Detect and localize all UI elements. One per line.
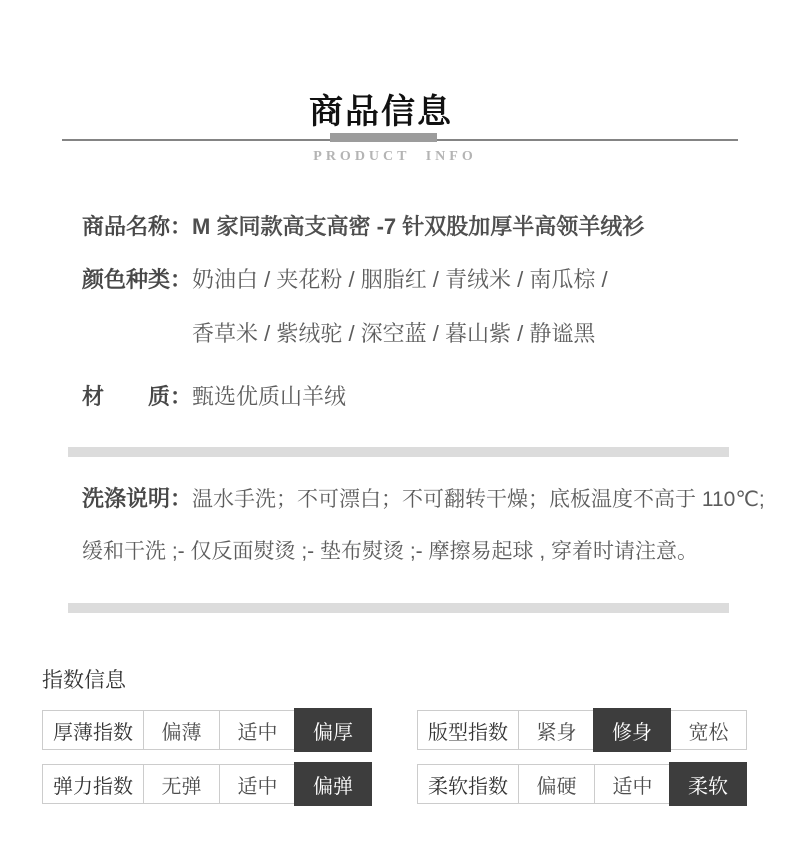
- index-option: 适中: [594, 765, 670, 803]
- page-title: 商品信息: [0, 84, 776, 133]
- index-option-active: 柔软: [669, 762, 747, 806]
- product-info-page: 商品信息 PRODUCT INFO 商品名称：M 家同款高支高密 -7 针双股加…: [0, 0, 790, 859]
- index-option: 适中: [219, 765, 295, 803]
- spec-row-washing: 洗涤说明：温水手洗；不可漂白；不可翻转干燥；底板温度不高于 110℃;: [82, 484, 765, 515]
- colors-label: 颜色种类：: [82, 267, 192, 292]
- material-value: 甄选优质山羊绒: [192, 384, 346, 409]
- index-table-label: 柔软指数: [418, 765, 518, 803]
- page-subtitle: PRODUCT INFO: [0, 149, 790, 165]
- index-option: 无弹: [143, 765, 219, 803]
- index-table-label: 弹力指数: [43, 765, 143, 803]
- washing-value-line1: 温水手洗；不可漂白；不可翻转干燥；底板温度不高于 110℃;: [192, 488, 765, 511]
- index-table-elasticity: 弹力指数无弹适中偏弹: [42, 764, 372, 804]
- spec-row-colors: 颜色种类：奶油白 / 夹花粉 / 胭脂红 / 青绒米 / 南瓜棕 /: [82, 265, 608, 295]
- spec-row-material: 材 质：甄选优质山羊绒: [82, 382, 346, 412]
- index-option: 偏薄: [143, 711, 219, 749]
- index-option-active: 偏弹: [294, 762, 372, 806]
- section-divider-bar-top: [68, 447, 729, 457]
- index-table-softness: 柔软指数偏硬适中柔软: [417, 764, 747, 804]
- spec-row-product-name: 商品名称：M 家同款高支高密 -7 针双股加厚半高领羊绒衫: [82, 212, 644, 242]
- colors-value-line2: 香草米 / 紫绒驼 / 深空蓝 / 暮山紫 / 静谧黑: [192, 321, 595, 346]
- colors-value-line1: 奶油白 / 夹花粉 / 胭脂红 / 青绒米 / 南瓜棕 /: [192, 267, 608, 292]
- index-section-heading: 指数信息: [42, 664, 126, 694]
- product-name-value: M 家同款高支高密 -7 针双股加厚半高领羊绒衫: [192, 214, 644, 239]
- index-option: 宽松: [670, 711, 746, 749]
- index-table-fit: 版型指数紧身修身宽松: [417, 710, 747, 750]
- index-option: 偏硬: [518, 765, 594, 803]
- section-divider-bar-bottom: [68, 603, 729, 613]
- index-table-label: 版型指数: [418, 711, 518, 749]
- material-label: 材 质：: [82, 384, 192, 409]
- spec-row-washing-line2: 缓和干洗 ;- 仅反面熨烫 ;- 垫布熨烫 ;- 摩擦易起球 , 穿着时请注意。: [82, 537, 698, 567]
- product-name-label: 商品名称：: [82, 214, 192, 239]
- index-option: 紧身: [518, 711, 594, 749]
- spec-row-colors-line2: 香草米 / 紫绒驼 / 深空蓝 / 暮山紫 / 静谧黑: [192, 319, 595, 349]
- index-table-thickness: 厚薄指数偏薄适中偏厚: [42, 710, 372, 750]
- washing-value-line2: 缓和干洗 ;- 仅反面熨烫 ;- 垫布熨烫 ;- 摩擦易起球 , 穿着时请注意。: [82, 540, 698, 563]
- divider-accent-bar: [330, 133, 437, 142]
- index-option-active: 偏厚: [294, 708, 372, 752]
- washing-label: 洗涤说明：: [82, 486, 192, 511]
- index-option: 适中: [219, 711, 295, 749]
- index-option-active: 修身: [593, 708, 671, 752]
- index-table-label: 厚薄指数: [43, 711, 143, 749]
